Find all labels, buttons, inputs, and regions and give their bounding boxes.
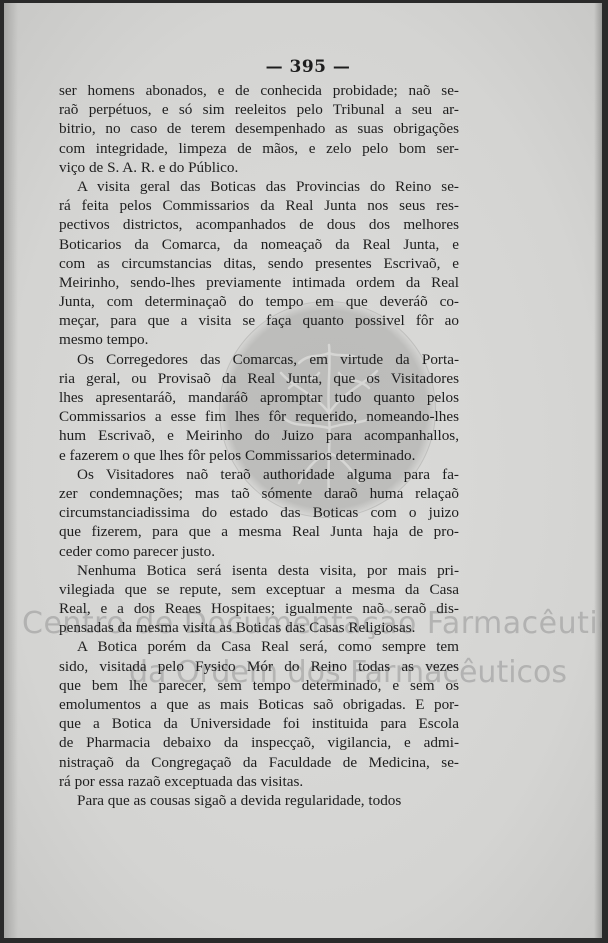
text-line: ria geral, ou Provisaõ da Real Junta, qu… (59, 369, 459, 388)
paragraph-first-line: ser homens abonados, e de conhecida prob… (59, 81, 459, 100)
text-line: e fazerem o que lhes fôr pelos Commissar… (59, 446, 459, 465)
text-line: circumstanciadissima do estado das Botic… (59, 503, 459, 522)
text-line: lhes apresentaráõ, mandaráõ apromptar tu… (59, 388, 459, 407)
paragraph-first-line: Para que as cousas sigaõ a devida regula… (59, 791, 459, 810)
text-line: que a Botica da Universidade foi institu… (59, 714, 459, 733)
text-line: Meirinho, sendo-lhes previamente intimad… (59, 273, 459, 292)
text-line: ceder como parecer justo. (59, 542, 459, 561)
body-text: ser homens abonados, e de conhecida prob… (59, 81, 459, 810)
text-line: bitrio, no caso de terem desempenhado as… (59, 119, 459, 138)
paragraph-first-line: Nenhuma Botica será isenta desta visita,… (59, 561, 459, 580)
scanned-page: Centro de Documentação Farmacêutica da O… (4, 3, 602, 938)
text-line: meçar, para que a visita se faça quanto … (59, 311, 459, 330)
paragraph-first-line: A visita geral das Boticas das Provincia… (59, 177, 459, 196)
text-line: emolumentos a que as mais Boticas saõ ob… (59, 695, 459, 714)
text-line: Commissarios a esse fim lhes fôr requeri… (59, 407, 459, 426)
paragraph-first-line: Os Corregedores das Comarcas, em virtude… (59, 350, 459, 369)
text-line: que bem lhe parecer, sem tempo determina… (59, 676, 459, 695)
text-line: com integridade, limpeza de mãos, e zelo… (59, 139, 459, 158)
text-line: Real, e a dos Reaes Hospitaes; igualment… (59, 599, 459, 618)
text-line: pectivos districtos, acompanhados de dou… (59, 215, 459, 234)
text-line: pensadas da mesma visita as Boticas das … (59, 618, 459, 637)
paragraph-first-line: A Botica porém da Casa Real será, como s… (59, 637, 459, 656)
text-line: Boticarios da Comarca, da nomeaçaõ da Re… (59, 235, 459, 254)
text-line: raõ perpétuos, e só sim reeleitos pelo T… (59, 100, 459, 119)
text-line: rá feita pelos Commissarios da Real Junt… (59, 196, 459, 215)
text-line: de Pharmacia debaixo da inspecçaõ, vigil… (59, 733, 459, 752)
text-line: rá por essa razaõ exceptuada das visitas… (59, 772, 459, 791)
text-line: Junta, com determinaçaõ do tempo em que … (59, 292, 459, 311)
text-line: mesmo tempo. (59, 330, 459, 349)
text-line: zer condemnações; mas taõ sómente daraõ … (59, 484, 459, 503)
text-line: sido, visitada pelo Fysico Mór do Reino … (59, 657, 459, 676)
paragraph-first-line: Os Visitadores naõ teraõ authoridade alg… (59, 465, 459, 484)
text-line: vilegiada que se repute, sem exceptuar a… (59, 580, 459, 599)
text-line: viço de S. A. R. e do Público. (59, 158, 459, 177)
text-line: nistraçaõ da Congregaçaõ da Faculdade de… (59, 753, 459, 772)
page-number: — 395 — (4, 57, 602, 77)
text-line: que fizerem, para que a mesma Real Junta… (59, 522, 459, 541)
text-line: hum Escrivaõ, e Meirinho do Juizo para a… (59, 426, 459, 445)
text-line: com as circumstancias ditas, sendo prese… (59, 254, 459, 273)
